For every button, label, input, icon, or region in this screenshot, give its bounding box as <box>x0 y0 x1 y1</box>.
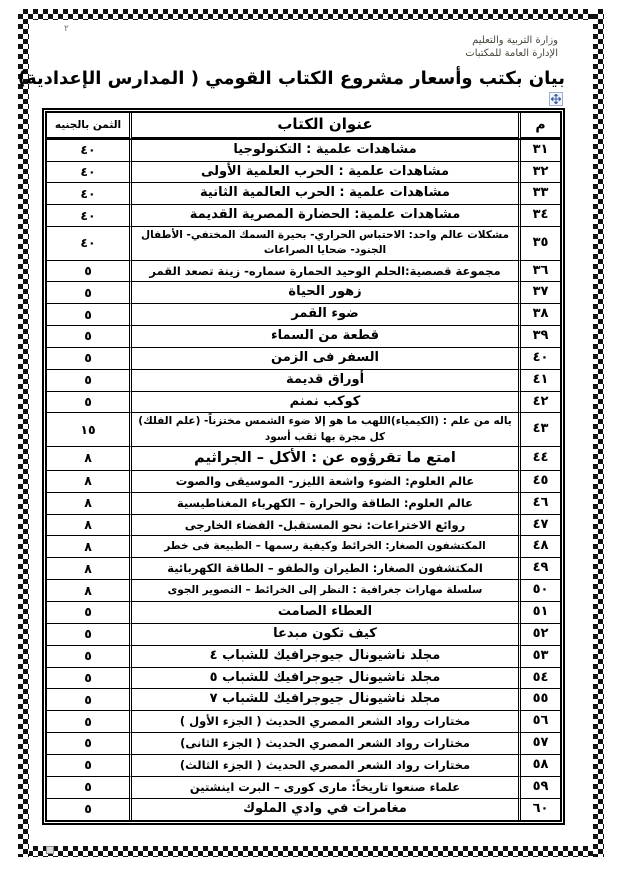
table-row: ٣٥مشكلات عالم واحد: الاحتباس الحراري- بح… <box>47 227 560 260</box>
book-title-cell: ضوء القمر <box>129 304 518 326</box>
ministry-line: وزارة التربية والتعليم <box>465 34 558 47</box>
row-number-cell: ٥٧ <box>518 733 560 755</box>
row-number-cell: ٤٧ <box>518 515 560 537</box>
row-number-cell: ٤٥ <box>518 471 560 493</box>
row-number-cell: ٤١ <box>518 370 560 392</box>
price-cell: ٥ <box>47 282 129 304</box>
book-title-cell: المكتشفون الصغار: الطيران والطفو – الطاق… <box>129 558 518 580</box>
row-number-cell: ٤٠ <box>518 348 560 370</box>
row-number-cell: ٦٠ <box>518 799 560 820</box>
price-cell: ٥ <box>47 755 129 777</box>
price-cell: ٤٠ <box>47 140 129 162</box>
price-cell: ١٥ <box>47 413 129 446</box>
table-row: ٤٣ياله من علم : (الكيمياء)اللهب ما هو إل… <box>47 413 560 446</box>
row-number-cell: ٣٨ <box>518 304 560 326</box>
book-title-cell: كوكب نمنم <box>129 392 518 414</box>
table-row: ٥٣مجلد ناشيونال جيوجرافيك للشباب ٤٥ <box>47 646 560 668</box>
page-number: ٢ <box>64 24 69 34</box>
row-number-cell: ٤٦ <box>518 493 560 515</box>
row-number-cell: ٥٢ <box>518 624 560 646</box>
table-row: ٥٠سلسلة مهارات جغرافية : النظر إلى الخرا… <box>47 580 560 602</box>
price-cell: ٥ <box>47 646 129 668</box>
price-cell: ٨ <box>47 515 129 537</box>
book-title-cell: العطاء الصامت <box>129 602 518 624</box>
price-cell: ٤٠ <box>47 227 129 260</box>
table-row: ٥٦مختارات رواد الشعر المصري الحديث ( الج… <box>47 711 560 733</box>
price-cell: ٥ <box>47 370 129 392</box>
price-cell: ٥ <box>47 711 129 733</box>
book-title-cell: ياله من علم : (الكيمياء)اللهب ما هو إلا … <box>129 413 518 446</box>
price-cell: ٤٠ <box>47 162 129 184</box>
table-row: ٤٦عالم العلوم: الطاقة والحرارة – الكهربا… <box>47 493 560 515</box>
book-title-cell: عالم العلوم: الضوء واشعة الليزر- الموسيق… <box>129 471 518 493</box>
price-cell: ٨ <box>47 493 129 515</box>
price-cell: ٤٠ <box>47 205 129 227</box>
book-title-cell: مشاهدات علمية : الحرب العلمية الأولى <box>129 162 518 184</box>
price-cell: ٥ <box>47 304 129 326</box>
table-row: ٥٢كيف تكون مبدعا٥ <box>47 624 560 646</box>
price-cell: ٥ <box>47 261 129 283</box>
book-title-cell: عالم العلوم: الطاقة والحرارة – الكهرباء … <box>129 493 518 515</box>
row-number-cell: ٤٤ <box>518 447 560 471</box>
row-number-cell: ٤٨ <box>518 536 560 558</box>
price-cell: ٨ <box>47 536 129 558</box>
book-title-cell: المكتشفون الصغار: الخرائط وكيفية رسمها –… <box>129 536 518 558</box>
table-row: ٣٣مشاهدات علمية : الحرب العالمية الثانية… <box>47 183 560 205</box>
book-title-cell: مجلد ناشيونال جيوجرافيك للشباب ٧ <box>129 689 518 711</box>
book-title-cell: مغامرات في وادي الملوك <box>129 799 518 820</box>
table-row: ٣٤مشاهدات علمية: الحضارة المصرية القديمة… <box>47 205 560 227</box>
header-num: م <box>518 113 560 140</box>
header-price: الثمن بالجنيه <box>47 113 129 140</box>
row-number-cell: ٣٣ <box>518 183 560 205</box>
table-row: ٣٢مشاهدات علمية : الحرب العلمية الأولى٤٠ <box>47 162 560 184</box>
row-number-cell: ٥٩ <box>518 777 560 799</box>
table-row: ٣٧زهور الحياة٥ <box>47 282 560 304</box>
book-title-cell: مشاهدات علمية: الحضارة المصرية القديمة <box>129 205 518 227</box>
price-cell: ٥ <box>47 733 129 755</box>
row-number-cell: ٥١ <box>518 602 560 624</box>
price-cell: ٨ <box>47 558 129 580</box>
table-row: ٤٠السفر فى الزمن٥ <box>47 348 560 370</box>
table-row: ٣١مشاهدات علمية : التكنولوجيا٤٠ <box>47 140 560 162</box>
department-line: الإدارة العامة للمكتبات <box>465 47 558 60</box>
table-body: ٣١مشاهدات علمية : التكنولوجيا٤٠٣٢مشاهدات… <box>47 140 560 820</box>
table-row: ٥١العطاء الصامت٥ <box>47 602 560 624</box>
row-number-cell: ٥٠ <box>518 580 560 602</box>
decorative-border-right <box>593 9 604 857</box>
book-title-cell: قطعة من السماء <box>129 326 518 348</box>
book-title-cell: كيف تكون مبدعا <box>129 624 518 646</box>
price-cell: ٥ <box>47 602 129 624</box>
table-row: ٥٥مجلد ناشيونال جيوجرافيك للشباب ٧٥ <box>47 689 560 711</box>
book-title-cell: أوراق قديمة <box>129 370 518 392</box>
price-cell: ٨ <box>47 447 129 471</box>
book-title-cell: مختارات رواد الشعر المصري الحديث ( الجزء… <box>129 711 518 733</box>
row-number-cell: ٣٤ <box>518 205 560 227</box>
price-cell: ٨ <box>47 471 129 493</box>
book-title-cell: السفر فى الزمن <box>129 348 518 370</box>
decorative-border-left <box>18 9 29 857</box>
book-title-cell: سلسلة مهارات جغرافية : النظر إلى الخرائط… <box>129 580 518 602</box>
book-title-cell: روائع الاختراعات: نحو المستقبل- الفضاء ا… <box>129 515 518 537</box>
price-cell: ٥ <box>47 392 129 414</box>
book-title-cell: مشاهدات علمية : التكنولوجيا <box>129 140 518 162</box>
table-row: ٥٧مختارات رواد الشعر المصري الحديث ( الج… <box>47 733 560 755</box>
document-title: بيان بكتب وأسعار مشروع الكتاب القومي ( ا… <box>55 68 565 89</box>
price-cell: ٨ <box>47 580 129 602</box>
row-number-cell: ٤٢ <box>518 392 560 414</box>
book-title-cell: امتع ما تقرؤوه عن : الأكل – الجراثيم <box>129 447 518 471</box>
row-number-cell: ٣٦ <box>518 261 560 283</box>
price-cell: ٥ <box>47 326 129 348</box>
document-page: ٢ وزارة التربية والتعليم الإدارة العامة … <box>0 0 620 871</box>
table-row: ٤٩المكتشفون الصغار: الطيران والطفو – الط… <box>47 558 560 580</box>
header-title: عنوان الكتاب <box>129 113 518 140</box>
move-icon <box>551 94 561 104</box>
table-row: ٤٤امتع ما تقرؤوه عن : الأكل – الجراثيم٨ <box>47 447 560 471</box>
table-resize-handle[interactable] <box>46 846 54 854</box>
price-cell: ٥ <box>47 348 129 370</box>
row-number-cell: ٥٥ <box>518 689 560 711</box>
book-title-cell: مختارات رواد الشعر المصري الحديث ( الجزء… <box>129 755 518 777</box>
table-row: ٥٨مختارات رواد الشعر المصري الحديث ( الج… <box>47 755 560 777</box>
row-number-cell: ٣٥ <box>518 227 560 260</box>
table-move-handle[interactable] <box>549 92 563 106</box>
table-row: ٤١أوراق قديمة٥ <box>47 370 560 392</box>
row-number-cell: ٣٩ <box>518 326 560 348</box>
table-row: ٣٨ضوء القمر٥ <box>47 304 560 326</box>
book-title-cell: مشاهدات علمية : الحرب العالمية الثانية <box>129 183 518 205</box>
row-number-cell: ٣١ <box>518 140 560 162</box>
row-number-cell: ٤٣ <box>518 413 560 446</box>
decorative-border-top <box>18 9 604 20</box>
table-row: ٤٢كوكب نمنم٥ <box>47 392 560 414</box>
row-number-cell: ٣٢ <box>518 162 560 184</box>
book-title-cell: زهور الحياة <box>129 282 518 304</box>
row-number-cell: ٣٧ <box>518 282 560 304</box>
table-row: ٣٩قطعة من السماء٥ <box>47 326 560 348</box>
table-row: ٥٤مجلد ناشيونال جيوجرافيك للشباب ٥٥ <box>47 668 560 690</box>
ministry-header: وزارة التربية والتعليم الإدارة العامة لل… <box>465 34 558 60</box>
book-title-cell: مجموعة قصصية:الحلم الوحيد الحمارة سماره-… <box>129 261 518 283</box>
book-title-cell: مشكلات عالم واحد: الاحتباس الحراري- بحير… <box>129 227 518 260</box>
row-number-cell: ٥٤ <box>518 668 560 690</box>
table-row: ٥٩علماء صنعوا تاريخاً: مارى كورى – البرت… <box>47 777 560 799</box>
price-cell: ٥ <box>47 777 129 799</box>
row-number-cell: ٥٦ <box>518 711 560 733</box>
table-header-row: م عنوان الكتاب الثمن بالجنيه <box>47 113 560 140</box>
price-cell: ٥ <box>47 668 129 690</box>
table-row: ٤٨المكتشفون الصغار: الخرائط وكيفية رسمها… <box>47 536 560 558</box>
table-row: ٤٧روائع الاختراعات: نحو المستقبل- الفضاء… <box>47 515 560 537</box>
table-row: ٦٠مغامرات في وادي الملوك٥ <box>47 799 560 820</box>
table-row: ٣٦مجموعة قصصية:الحلم الوحيد الحمارة سمار… <box>47 261 560 283</box>
row-number-cell: ٤٩ <box>518 558 560 580</box>
book-title-cell: مجلد ناشيونال جيوجرافيك للشباب ٥ <box>129 668 518 690</box>
table-row: ٤٥عالم العلوم: الضوء واشعة الليزر- الموس… <box>47 471 560 493</box>
row-number-cell: ٥٣ <box>518 646 560 668</box>
row-number-cell: ٥٨ <box>518 755 560 777</box>
book-table: م عنوان الكتاب الثمن بالجنيه ٣١مشاهدات ع… <box>42 108 565 825</box>
price-cell: ٥ <box>47 689 129 711</box>
price-cell: ٥ <box>47 624 129 646</box>
book-title-cell: علماء صنعوا تاريخاً: مارى كورى – البرت ا… <box>129 777 518 799</box>
price-cell: ٥ <box>47 799 129 820</box>
book-title-cell: مختارات رواد الشعر المصري الحديث ( الجزء… <box>129 733 518 755</box>
decorative-border-bottom <box>18 846 604 857</box>
book-title-cell: مجلد ناشيونال جيوجرافيك للشباب ٤ <box>129 646 518 668</box>
price-cell: ٤٠ <box>47 183 129 205</box>
